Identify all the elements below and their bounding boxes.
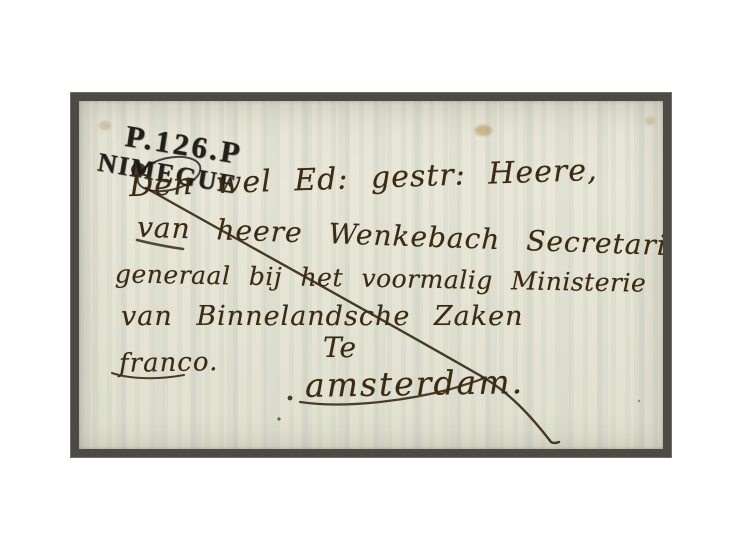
ink-dot bbox=[288, 396, 293, 401]
foxing-stain bbox=[475, 125, 492, 136]
foxing-stain bbox=[645, 117, 655, 125]
photo-canvas: P.126.P NIMEGUE Den wel Ed: gestr: Heere… bbox=[0, 0, 740, 557]
franco-notation: franco. bbox=[119, 347, 219, 379]
address-line-te: Te bbox=[323, 331, 356, 364]
address-line-4: van Binnelandsche Zaken bbox=[121, 301, 523, 332]
letter-cover-paper: P.126.P NIMEGUE Den wel Ed: gestr: Heere… bbox=[79, 101, 663, 449]
ink-speck bbox=[638, 400, 640, 402]
photo-dark-mat: P.126.P NIMEGUE Den wel Ed: gestr: Heere… bbox=[70, 92, 672, 458]
address-line-city: amsterdam. bbox=[305, 362, 525, 405]
foxing-stain bbox=[99, 121, 111, 130]
ink-speck bbox=[277, 417, 280, 420]
